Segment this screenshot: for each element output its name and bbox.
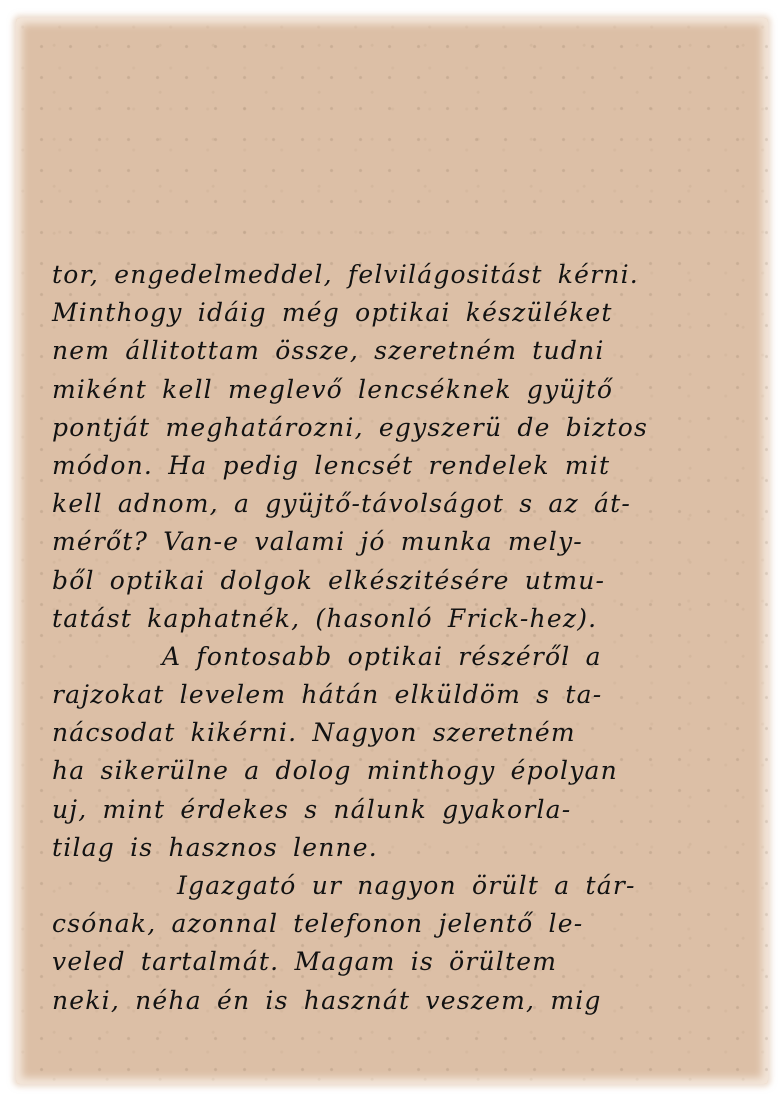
letter-line: mérőt? Van-e valami jó munka mely-	[52, 523, 752, 561]
letter-line: csónak, azonnal telefonon jelentő le-	[52, 905, 752, 943]
letter-line: ből optikai dolgok elkészitésére utmu-	[52, 562, 752, 600]
letter-page: tor, engedelmeddel, felvilágositást kérn…	[16, 18, 768, 1084]
letter-line: neki, néha én is hasznát veszem, mig	[52, 982, 752, 1020]
letter-line: miként kell meglevő lencséknek gyüjtő	[52, 371, 752, 409]
letter-line: pontját meghatározni, egyszerü de biztos	[52, 409, 752, 447]
letter-line: módon. Ha pedig lencsét rendelek mit	[52, 447, 752, 485]
letter-line: Minthogy idáig még optikai készüléket	[52, 294, 752, 332]
letter-line: ha sikerülne a dolog minthogy épolyan	[52, 752, 752, 790]
letter-line: tilag is hasznos lenne.	[52, 829, 752, 867]
letter-line: tor, engedelmeddel, felvilágositást kérn…	[52, 256, 752, 294]
letter-line: veled tartalmát. Magam is örültem	[52, 943, 752, 981]
letter-line: uj, mint érdekes s nálunk gyakorla-	[52, 791, 752, 829]
letter-line: kell adnom, a gyüjtő-távolságot s az át-	[52, 485, 752, 523]
letter-line: tatást kaphatnék, (hasonló Frick-hez).	[52, 600, 752, 638]
letter-line: rajzokat levelem hátán elküldöm s ta-	[52, 676, 752, 714]
letter-line: nácsodat kikérni. Nagyon szeretném	[52, 714, 752, 752]
letter-line-paragraph-start: Igazgató ur nagyon örült a tár-	[52, 867, 752, 905]
handwritten-text-block: tor, engedelmeddel, felvilágositást kérn…	[52, 256, 752, 1020]
letter-line: nem állitottam össze, szeretném tudni	[52, 332, 752, 370]
letter-line-paragraph-start: A fontosabb optikai részéről a	[52, 638, 752, 676]
